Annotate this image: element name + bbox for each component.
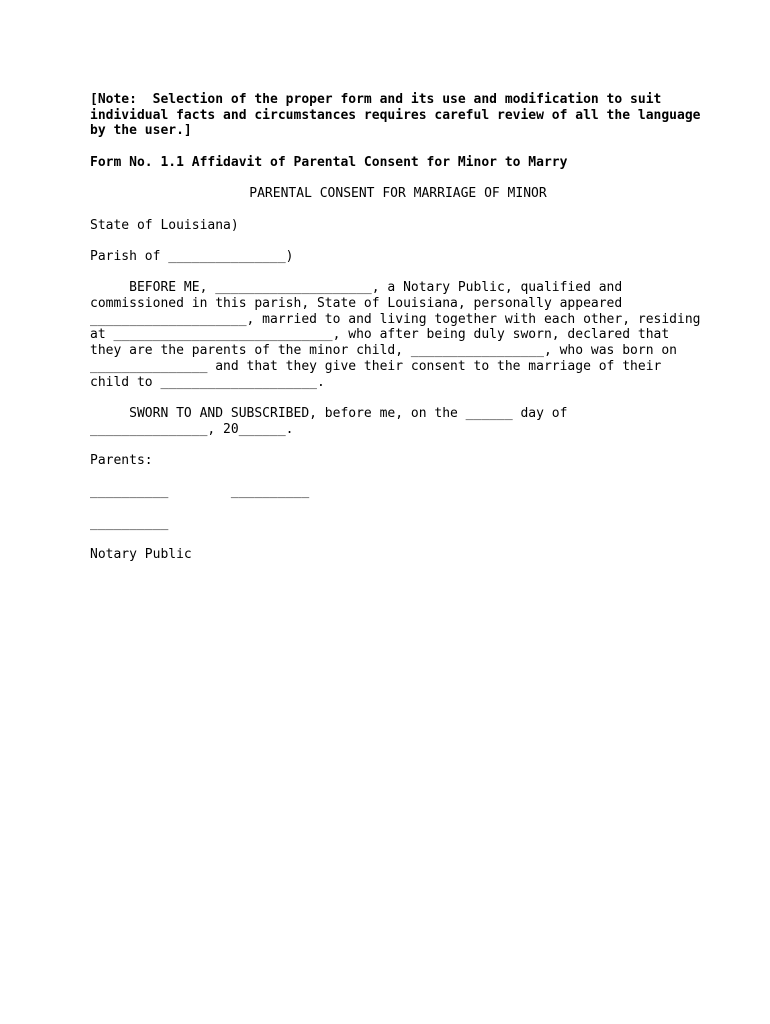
parish-line-with-blank: Parish of _______________) (90, 249, 710, 265)
document-title: PARENTAL CONSENT FOR MARRIAGE OF MINOR (90, 186, 706, 202)
notary-public-label: Notary Public (90, 547, 710, 563)
state-line: State of Louisiana) (90, 218, 710, 234)
sworn-subscribed-clause: SWORN TO AND SUBSCRIBED, before me, on t… (90, 406, 710, 437)
document-content: [Note: Selection of the proper form and … (90, 92, 710, 579)
usage-note: [Note: Selection of the proper form and … (90, 92, 710, 139)
notary-signature-line: __________ (90, 516, 710, 532)
parents-signature-lines: __________ __________ (90, 484, 710, 500)
form-number-heading: Form No. 1.1 Affidavit of Parental Conse… (90, 155, 710, 171)
document-page: [Note: Selection of the proper form and … (0, 0, 770, 1024)
affidavit-body-paragraph: BEFORE ME, ____________________, a Notar… (90, 280, 710, 390)
parents-label: Parents: (90, 453, 710, 469)
